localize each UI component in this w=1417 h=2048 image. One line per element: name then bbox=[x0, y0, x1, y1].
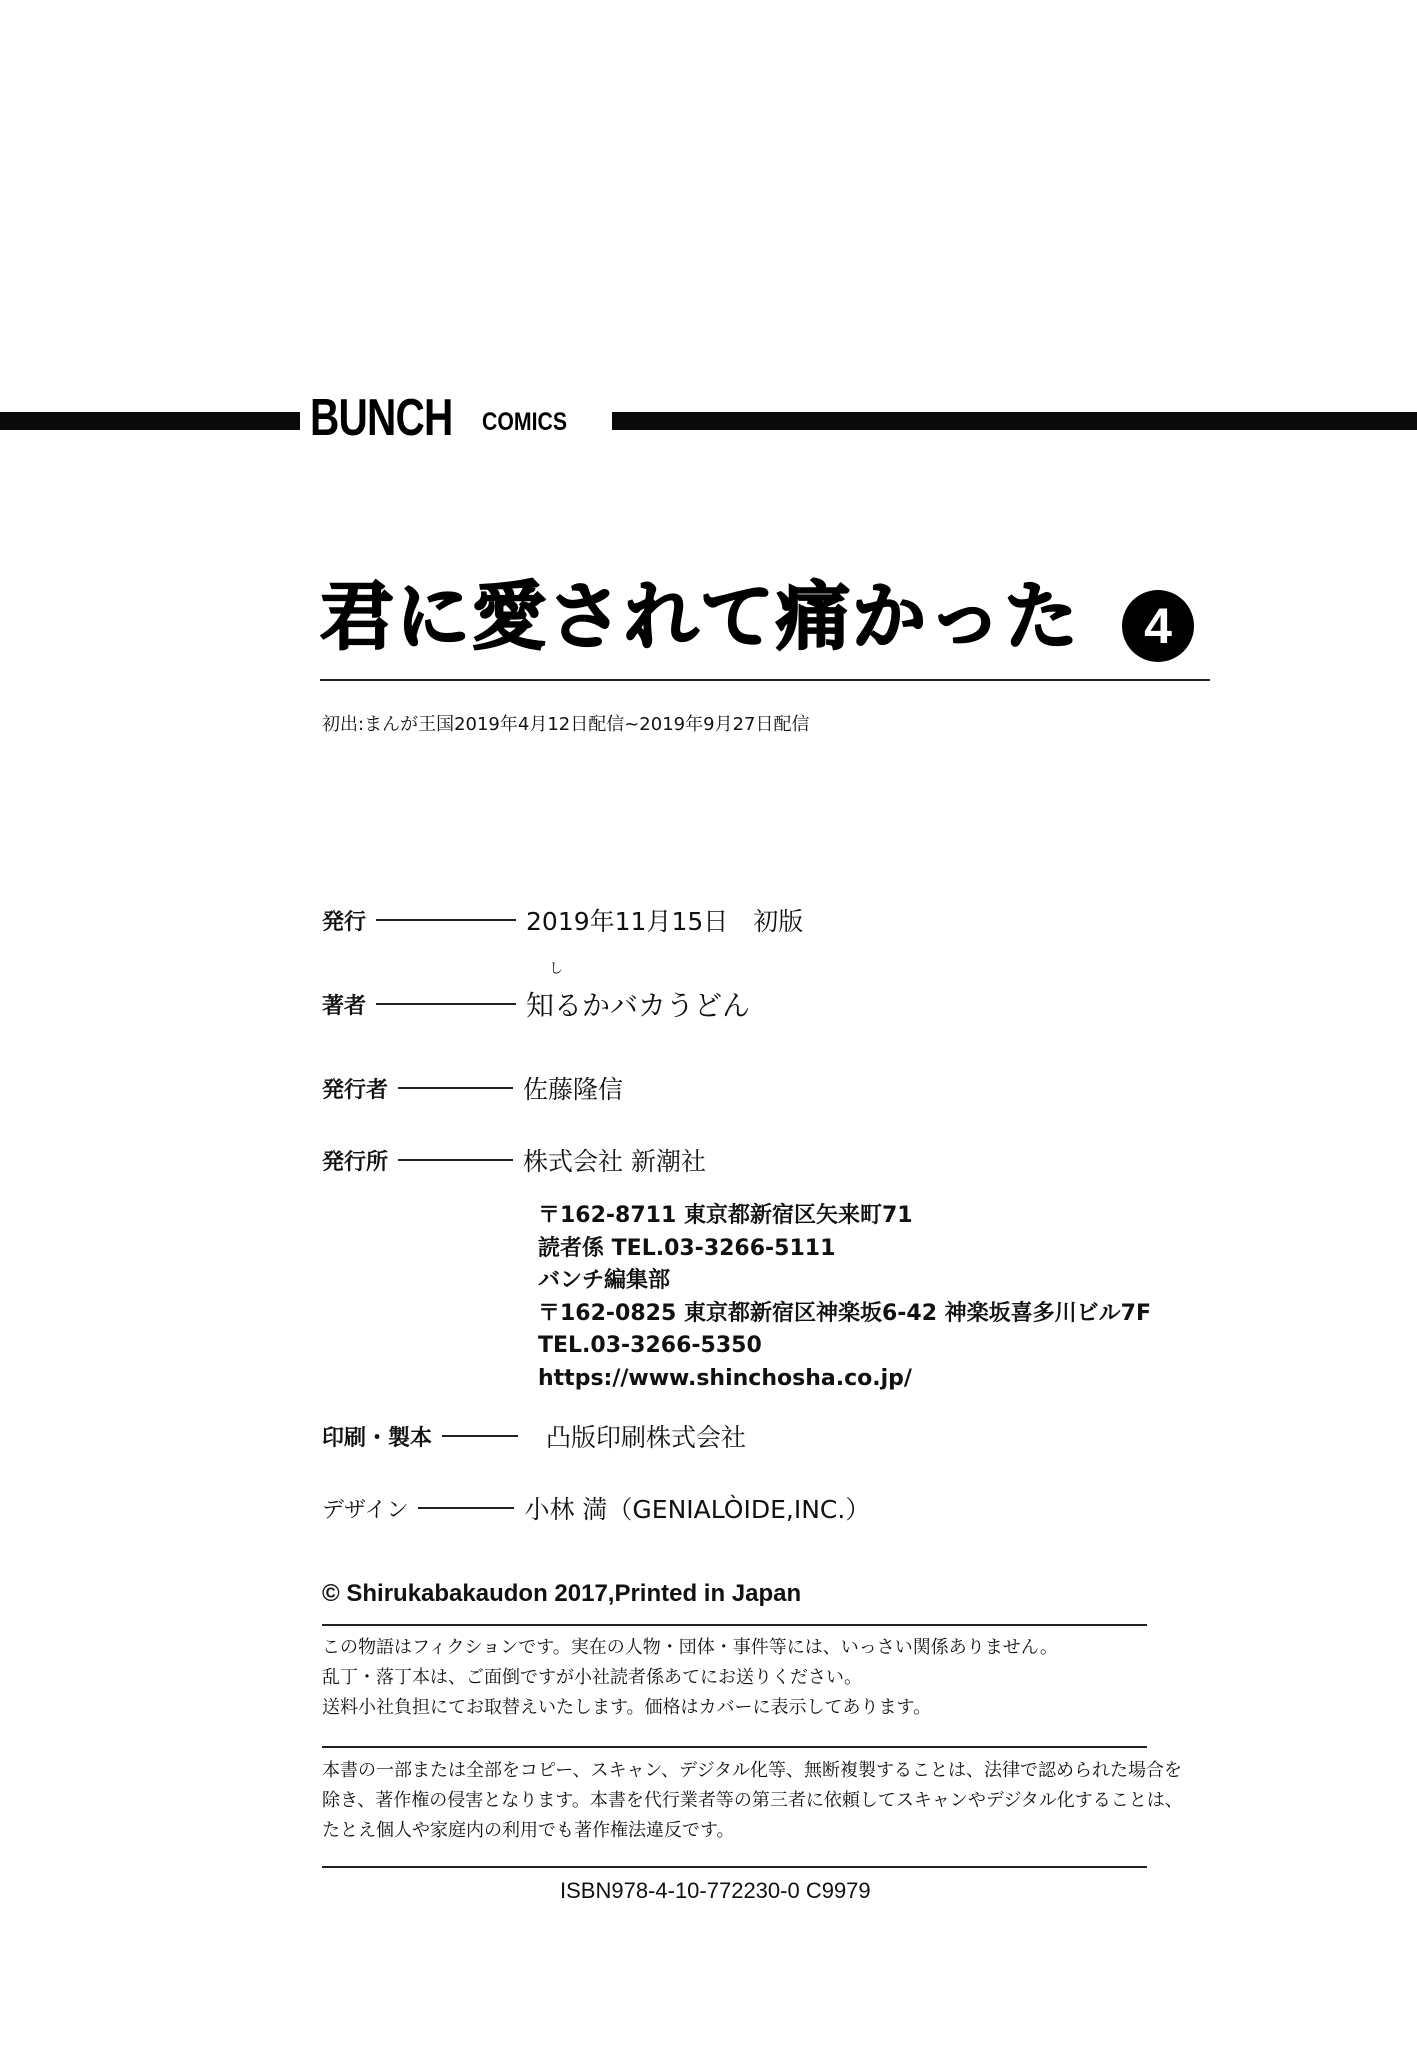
publisher-person-value: 佐藤隆信 bbox=[523, 1070, 623, 1106]
issue-value: 2019年11月15日 初版 bbox=[526, 902, 803, 938]
book-title: 君に愛されて痛かった bbox=[320, 580, 1080, 654]
notice-divider bbox=[322, 1746, 1147, 1748]
notice-line: この物語はフィクションです。実在の人物・団体・事件等には、いっさい関係ありません… bbox=[322, 1633, 1058, 1663]
author-value: 知るかバカうどん bbox=[526, 984, 750, 1024]
colophon-row-author: 著者 知るかバカうどん bbox=[322, 984, 750, 1024]
imprint-label: COMICS bbox=[482, 410, 567, 435]
printing-label: 印刷・製本 bbox=[322, 1421, 432, 1452]
printing-value: 凸版印刷株式会社 bbox=[546, 1418, 746, 1454]
publisher-person-label: 発行者 bbox=[322, 1073, 388, 1104]
publisher-address-block: 〒162-8711 東京都新宿区矢来町71 読者係 TEL.03-3266-51… bbox=[538, 1200, 1151, 1395]
notice-line: 本書の一部または全部をコピー、スキャン、デジタル化等、無断複製することは、法律で… bbox=[322, 1756, 1183, 1786]
brand-logo: BUNCH bbox=[310, 392, 453, 444]
address-line: 読者係 TEL.03-3266-5111 bbox=[538, 1233, 1151, 1266]
fiction-notice: この物語はフィクションです。実在の人物・団体・事件等には、いっさい関係ありません… bbox=[322, 1633, 1058, 1723]
volume-badge: 4 bbox=[1122, 590, 1194, 662]
address-line: 〒162-8711 東京都新宿区矢来町71 bbox=[538, 1200, 1151, 1233]
publisher-label: 発行所 bbox=[322, 1145, 388, 1176]
copyright-line: © Shirukabakaudon 2017,Printed in Japan bbox=[322, 1580, 801, 1608]
author-label: 著者 bbox=[322, 989, 366, 1020]
issue-label: 発行 bbox=[322, 905, 366, 936]
author-ruby: し bbox=[549, 958, 563, 978]
publisher-url[interactable]: https://www.shinchosha.co.jp/ bbox=[538, 1363, 1151, 1396]
leader-line bbox=[398, 1159, 513, 1161]
colophon-row-printing: 印刷・製本 凸版印刷株式会社 bbox=[322, 1418, 746, 1454]
colophon-row-publisher-person: 発行者 佐藤隆信 bbox=[322, 1070, 623, 1106]
banner-bar-left bbox=[0, 412, 300, 430]
leader-line bbox=[442, 1435, 518, 1437]
address-line: 〒162-0825 東京都新宿区神楽坂6-42 神楽坂喜多川ビル7F bbox=[538, 1298, 1151, 1331]
leader-line bbox=[398, 1087, 513, 1089]
colophon-row-design: デザイン 小林 満（GENIALÒIDE,INC.） bbox=[322, 1490, 870, 1526]
address-line: TEL.03-3266-5350 bbox=[538, 1330, 1151, 1363]
design-value: 小林 満（GENIALÒIDE,INC.） bbox=[524, 1490, 870, 1526]
leader-line bbox=[418, 1507, 514, 1509]
title-divider bbox=[320, 679, 1210, 681]
colophon-row-publisher: 発行所 株式会社 新潮社 bbox=[322, 1142, 706, 1178]
copyright-divider bbox=[322, 1624, 1147, 1626]
notice-line: たとえ個人や家庭内の利用でも著作権法違反です。 bbox=[322, 1816, 1183, 1846]
isbn-divider bbox=[322, 1866, 1147, 1868]
address-line: バンチ編集部 bbox=[538, 1265, 1151, 1298]
design-label: デザイン bbox=[322, 1493, 408, 1524]
publisher-value: 株式会社 新潮社 bbox=[523, 1142, 706, 1178]
leader-line bbox=[376, 1003, 516, 1005]
leader-line bbox=[376, 919, 516, 921]
first-publication-note: 初出:まんが王国2019年4月12日配信~2019年9月27日配信 bbox=[322, 710, 809, 736]
isbn: ISBN978-4-10-772230-0 C9979 bbox=[560, 1878, 871, 1904]
colophon-row-issue: 発行 2019年11月15日 初版 bbox=[322, 902, 803, 938]
notice-line: 乱丁・落丁本は、ご面倒ですが小社読者係あてにお送りください。 bbox=[322, 1663, 1058, 1693]
copyright-notice: 本書の一部または全部をコピー、スキャン、デジタル化等、無断複製することは、法律で… bbox=[322, 1756, 1183, 1846]
notice-line: 送料小社負担にてお取替えいたします。価格はカバーに表示してあります。 bbox=[322, 1693, 1058, 1723]
notice-line: 除き、著作権の侵害となります。本書を代行業者等の第三者に依頼してスキャンやデジタ… bbox=[322, 1786, 1183, 1816]
banner-bar-right bbox=[612, 412, 1417, 430]
